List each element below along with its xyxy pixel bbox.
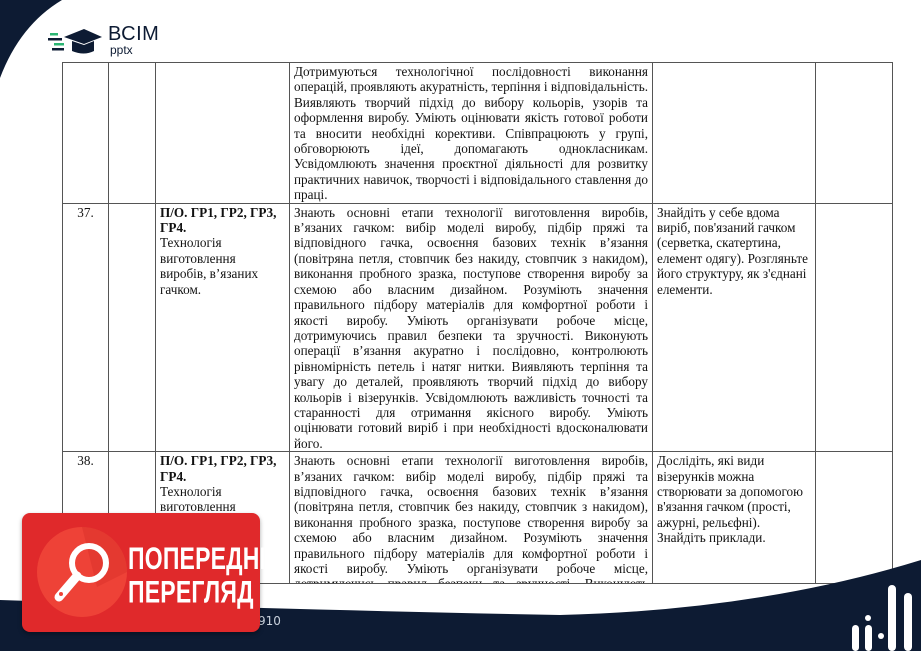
- date-cell: [109, 63, 156, 204]
- topic-cell: П/О. ГР1, ГР2, ГР3, ГР4. Технологія виго…: [156, 203, 290, 452]
- magnifier-icon: [37, 527, 127, 617]
- row-number: 37.: [63, 203, 109, 452]
- table-row: 37. П/О. ГР1, ГР2, ГР3, ГР4. Технологія …: [63, 203, 893, 452]
- preview-label: ПОПЕРЕДНІЙ ПЕРЕГЛЯД: [128, 535, 283, 616]
- page-number: 910: [258, 614, 281, 628]
- notes-cell: [816, 63, 893, 204]
- homework-cell: [653, 63, 816, 204]
- table-row: Дотримуються технологічної послідовності…: [63, 63, 893, 204]
- magnifier-circle: [37, 527, 127, 617]
- topic-groups: П/О. ГР1, ГР2, ГР3, ГР4.: [160, 453, 285, 484]
- outcomes-cell: Дотримуються технологічної послідовності…: [290, 63, 653, 204]
- topic-cell: [156, 63, 290, 204]
- site-logo[interactable]: ВСІМ pptx: [48, 24, 159, 56]
- logo-brand: ВСІМ: [108, 24, 159, 44]
- homework-cell: Знайдіть у себе вдома виріб, пов'язаний …: [653, 203, 816, 452]
- preview-badge[interactable]: ПОПЕРЕДНІЙ ПЕРЕГЛЯД: [22, 513, 260, 632]
- notes-cell: [816, 203, 893, 452]
- date-cell: [109, 203, 156, 452]
- logo-sub: pptx: [110, 44, 159, 56]
- bars-decoration: [846, 585, 921, 651]
- outcomes-cell: Знають основні етапи технології виготовл…: [290, 203, 653, 452]
- lesson-plan-table: Дотримуються технологічної послідовності…: [62, 62, 893, 584]
- topic-groups: П/О. ГР1, ГР2, ГР3, ГР4.: [160, 205, 285, 236]
- row-number: [63, 63, 109, 204]
- topic-title: Технологія виготовлення виробів, в’язани…: [160, 235, 285, 297]
- graduation-cap-icon: [48, 25, 104, 55]
